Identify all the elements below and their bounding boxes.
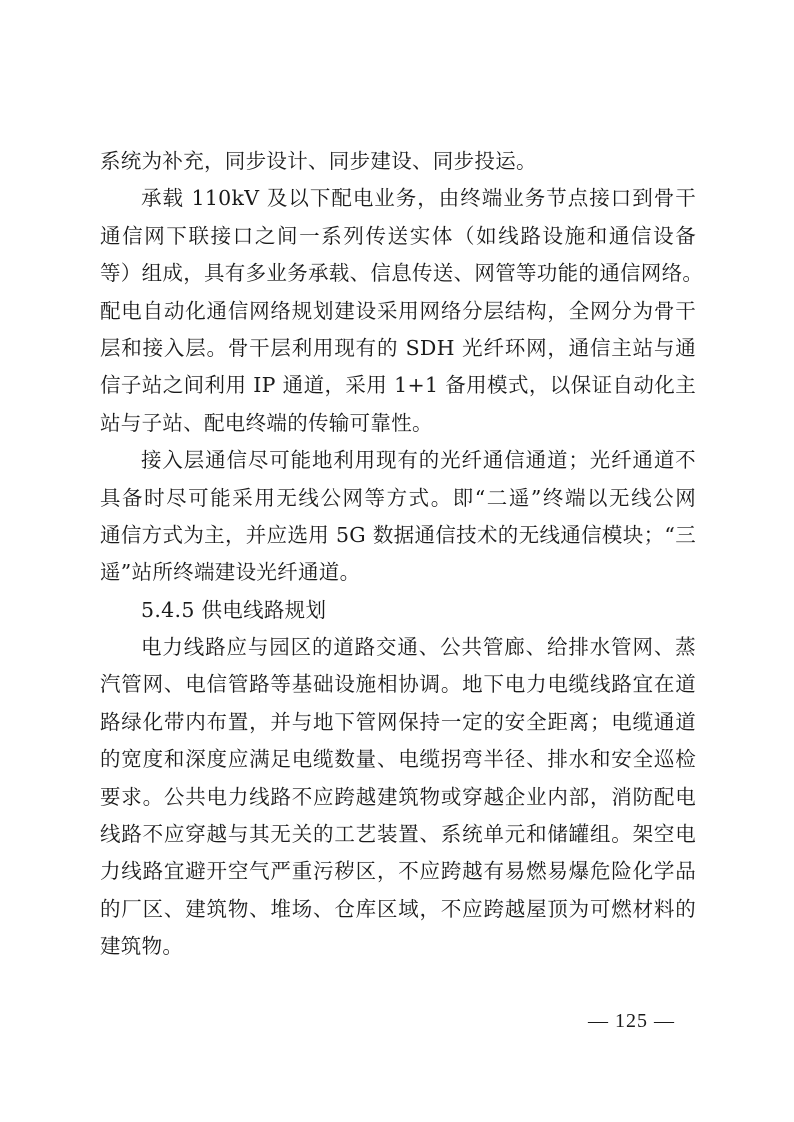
section-heading: 5.4.5 供电线路规划	[100, 592, 696, 629]
text-line: 线路不应穿越与其无关的工艺装置、系统单元和储罐组。架空电	[100, 816, 696, 853]
text-line: 等）组成，具有多业务承载、信息传送、网管等功能的通信网络。	[100, 255, 696, 292]
text-line: 要求。公共电力线路不应跨越建筑物或穿越企业内部，消防配电	[100, 779, 696, 816]
document-body: 系统为补充，同步设计、同步建设、同步投运。 承载 110kV 及以下配电业务，由…	[100, 143, 696, 966]
text-line: 接入层通信尽可能地利用现有的光纤通信通道；光纤通道不	[100, 442, 696, 479]
text-line: 通信网下联接口之间一系列传送实体（如线路设施和通信设备	[100, 218, 696, 255]
text-line: 电力线路应与园区的道路交通、公共管廊、给排水管网、蒸	[100, 629, 696, 666]
text-line: 通信方式为主，并应选用 5G 数据通信技术的无线通信模块；“三	[100, 517, 696, 554]
text-line: 遥”站所终端建设光纤通道。	[100, 554, 696, 591]
text-line: 汽管网、电信管路等基础设施相协调。地下电力电缆线路宜在道	[100, 666, 696, 703]
text-line: 路绿化带内布置，并与地下管网保持一定的安全距离；电缆通道	[100, 704, 696, 741]
page-number: — 125 —	[588, 1010, 675, 1033]
text-line: 配电自动化通信网络规划建设采用网络分层结构，全网分为骨干	[100, 293, 696, 330]
text-line: 站与子站、配电终端的传输可靠性。	[100, 405, 696, 442]
text-line: 承载 110kV 及以下配电业务，由终端业务节点接口到骨干	[100, 180, 696, 217]
text-line: 力线路宜避开空气严重污秽区，不应跨越有易燃易爆危险化学品	[100, 853, 696, 890]
text-line: 具备时尽可能采用无线公网等方式。即“二遥”终端以无线公网	[100, 480, 696, 517]
text-line: 的厂区、建筑物、堆场、仓库区域，不应跨越屋顶为可燃材料的	[100, 891, 696, 928]
text-line: 层和接入层。骨干层利用现有的 SDH 光纤环网，通信主站与通	[100, 330, 696, 367]
text-line: 信子站之间利用 IP 通道，采用 1+1 备用模式，以保证自动化主	[100, 367, 696, 404]
text-line: 建筑物。	[100, 928, 696, 965]
text-line: 的宽度和深度应满足电缆数量、电缆拐弯半径、排水和安全巡检	[100, 741, 696, 778]
text-line: 系统为补充，同步设计、同步建设、同步投运。	[100, 143, 696, 180]
